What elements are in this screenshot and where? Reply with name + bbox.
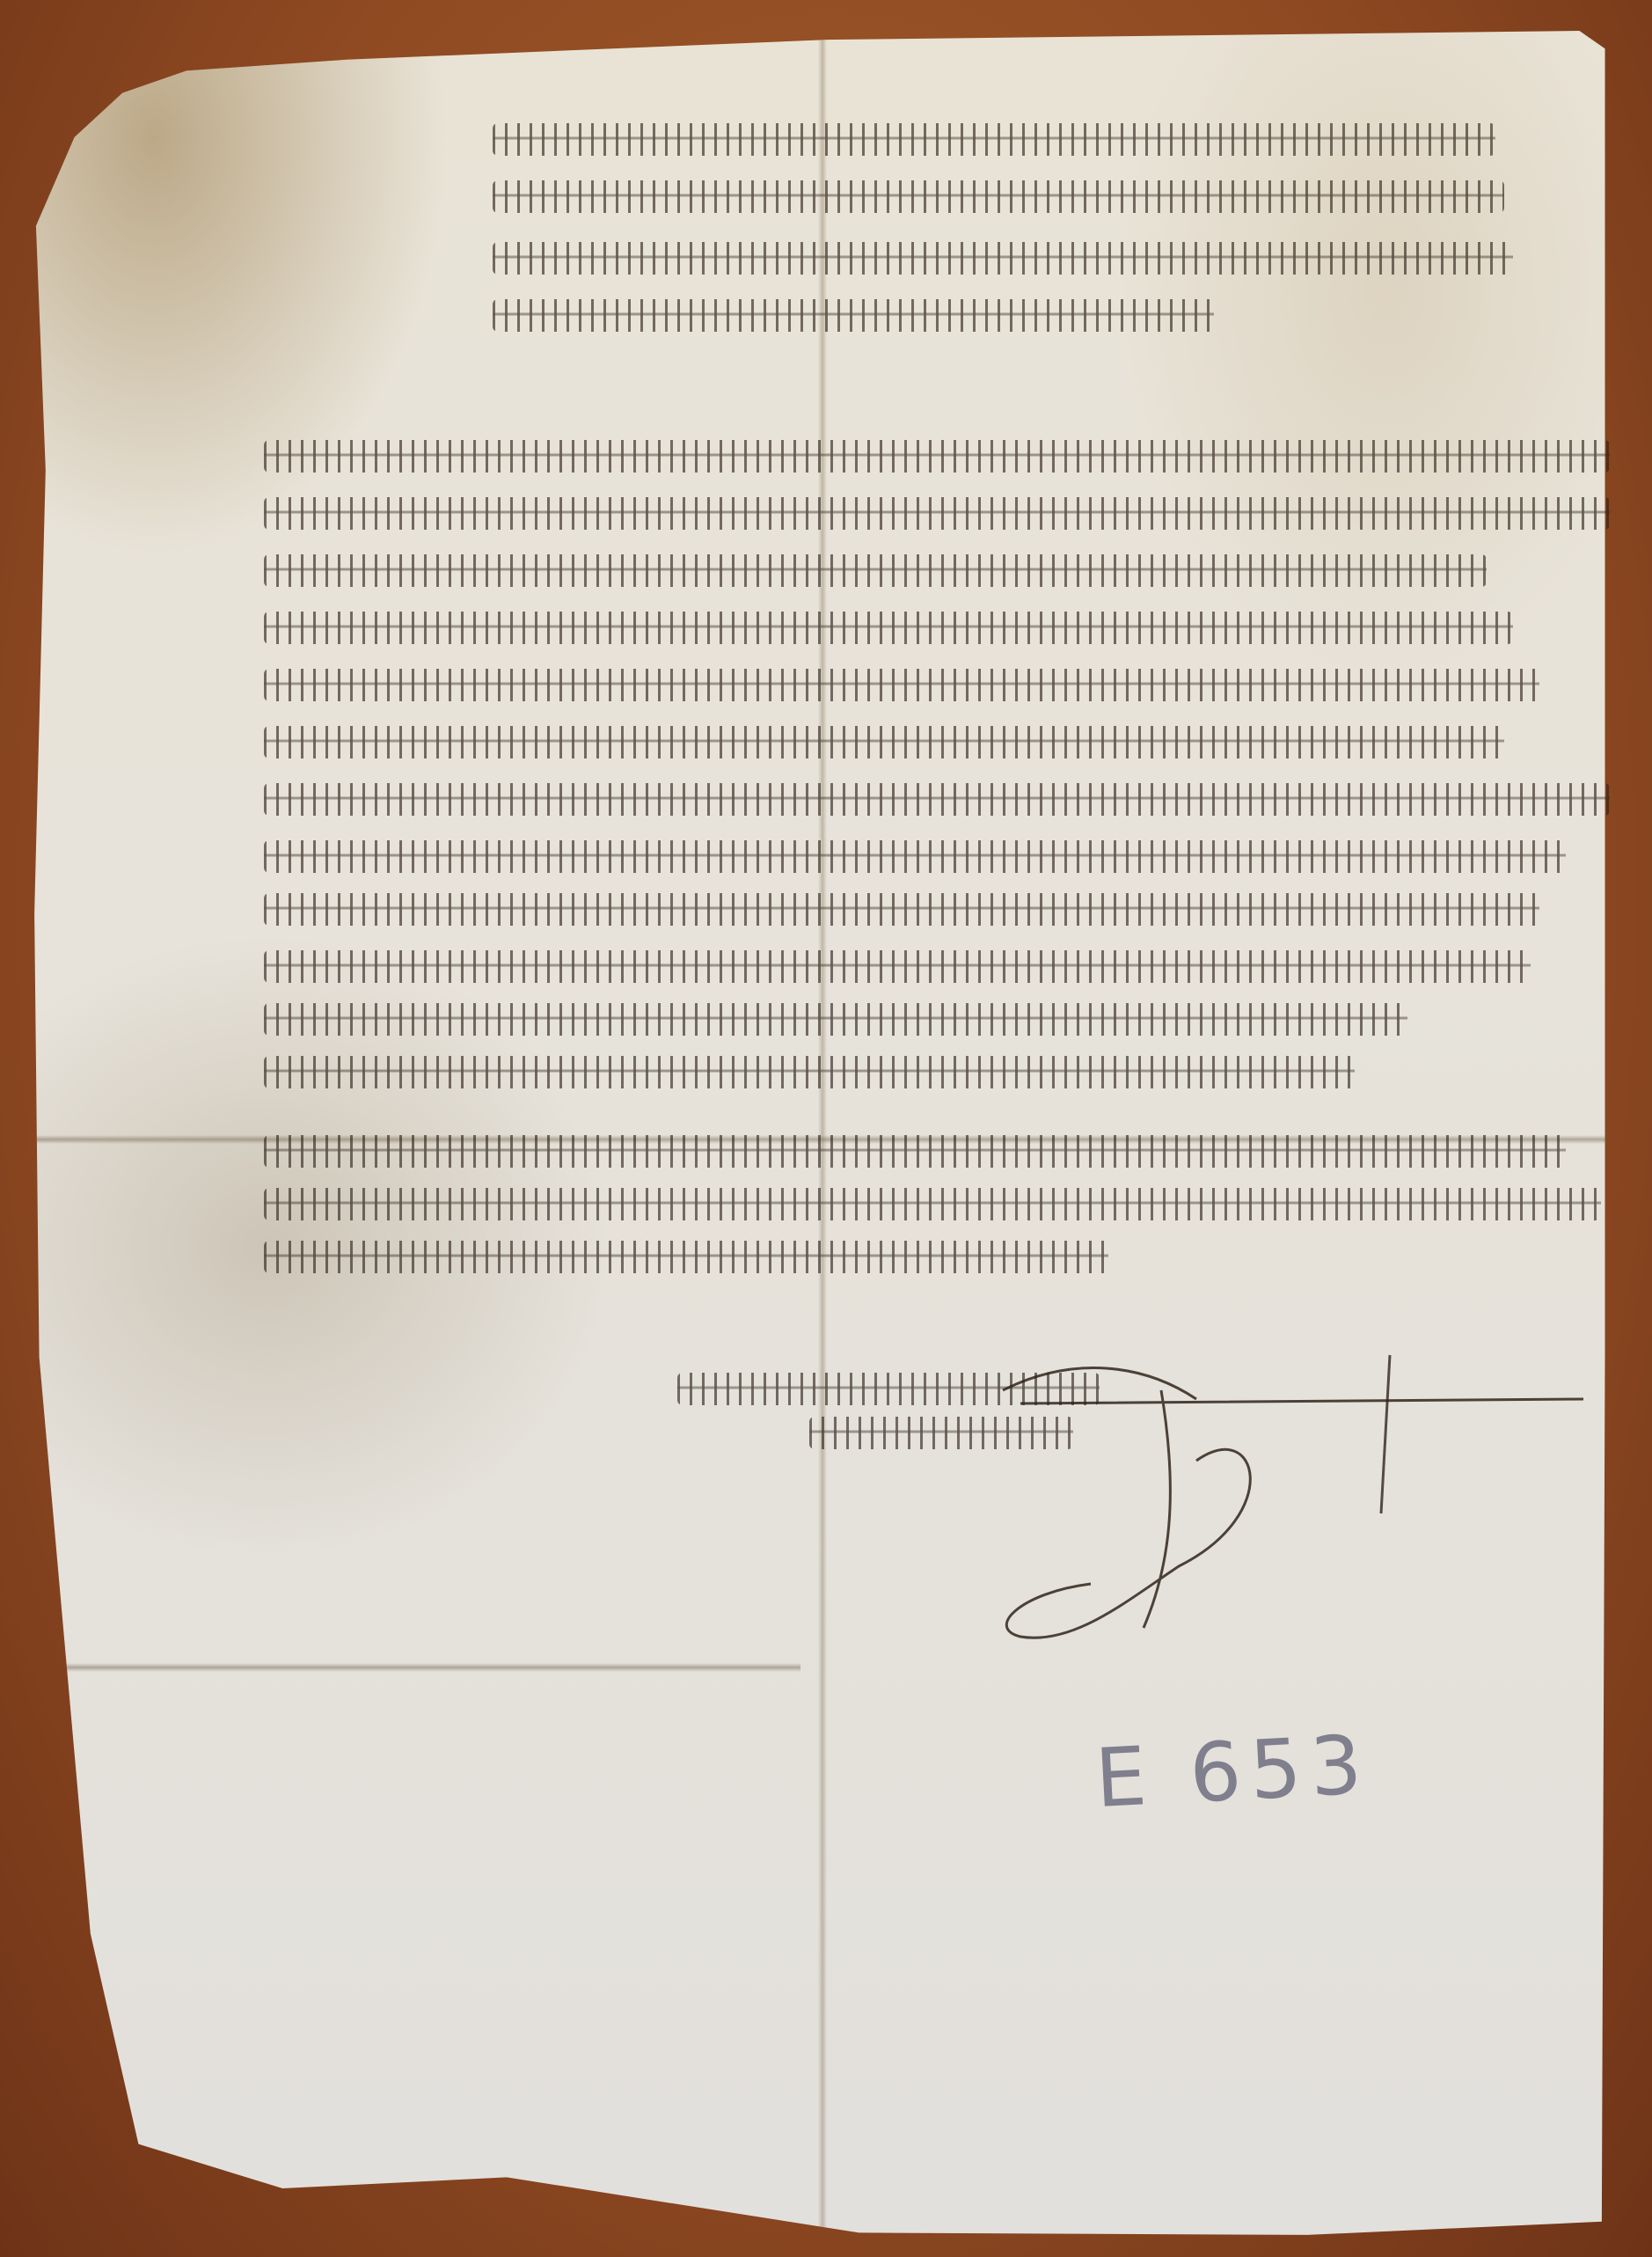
- body-block-line: [264, 1003, 1407, 1036]
- header-block-line: [493, 123, 1495, 156]
- body-block-line: [264, 1056, 1355, 1088]
- header-block-line: [493, 299, 1214, 332]
- body-block-line: [264, 440, 1610, 473]
- body-block-line: [264, 783, 1610, 816]
- body-block-line: [264, 497, 1610, 530]
- header-block-line: [493, 242, 1513, 275]
- lower-fold: [26, 1663, 800, 1672]
- body-block-line: [264, 893, 1539, 926]
- closing-block-line: [264, 1241, 1108, 1273]
- body-block-line: [264, 726, 1504, 758]
- body-block-line: [264, 669, 1539, 701]
- body-block-line: [264, 554, 1487, 587]
- header-block-line: [493, 180, 1504, 213]
- closing-block-line: [264, 1135, 1566, 1168]
- closing-block-line: [264, 1188, 1601, 1220]
- body-block-line: [264, 612, 1513, 644]
- archive-mark: E 653: [1093, 1718, 1372, 1826]
- body-block-line: [264, 950, 1531, 983]
- body-block-line: [264, 840, 1566, 873]
- notary-signature: [968, 1337, 1601, 1672]
